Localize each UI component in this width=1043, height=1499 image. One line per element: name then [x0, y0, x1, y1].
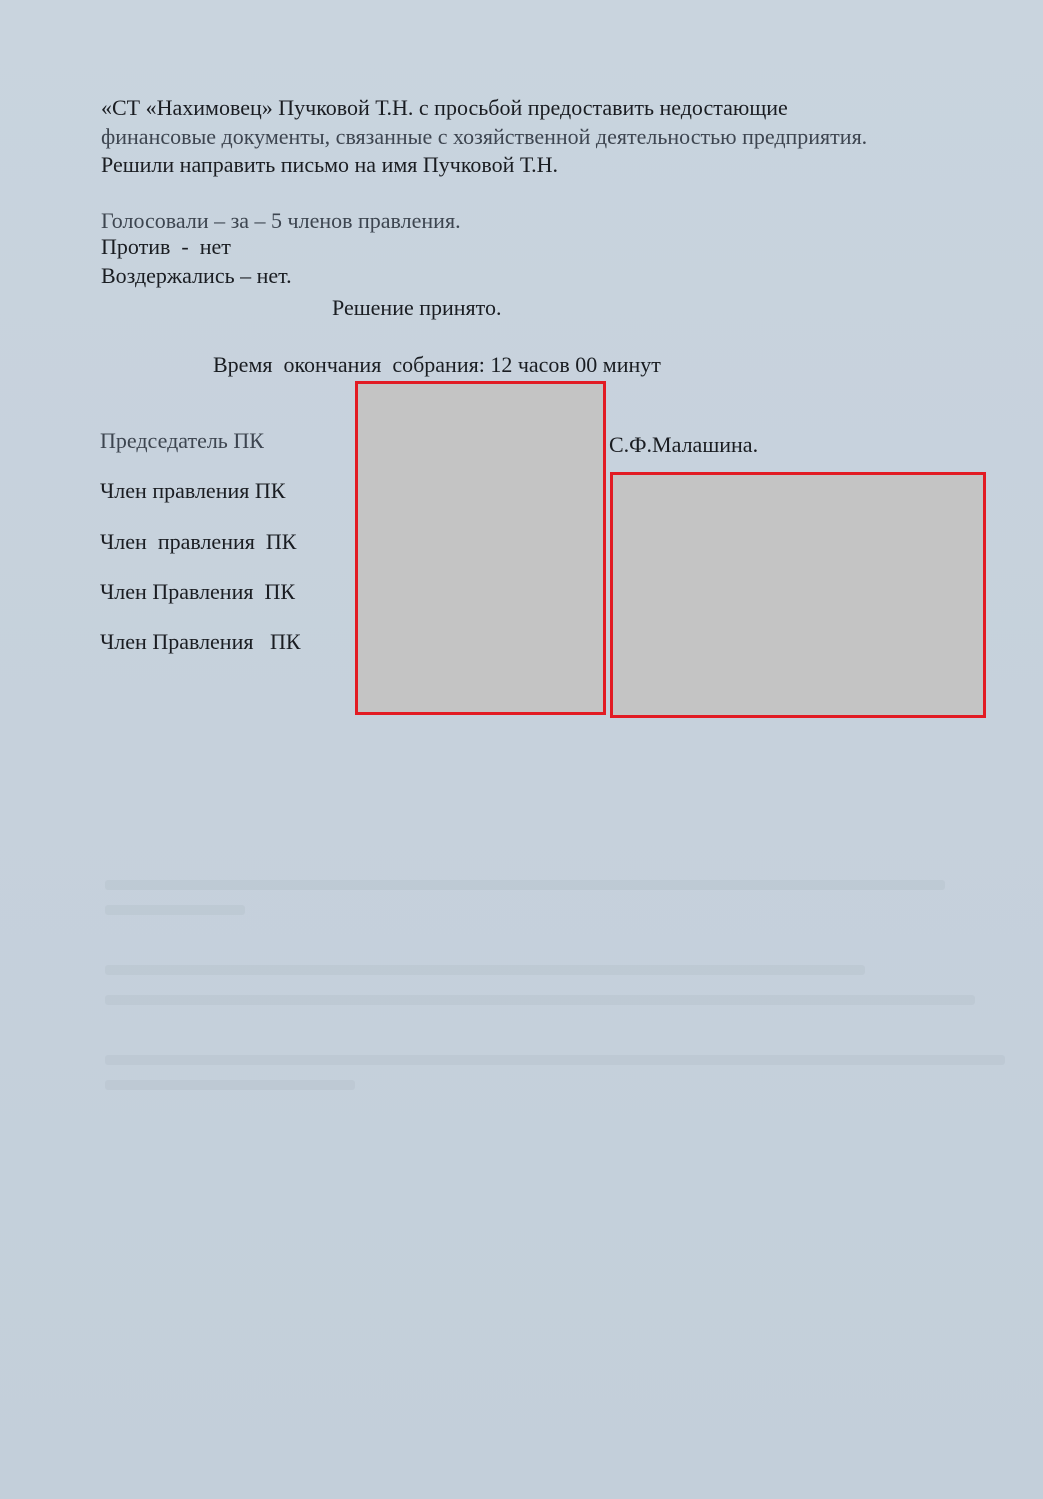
bleed-through-mark	[105, 880, 945, 890]
decision-text: Решение принято.	[332, 297, 502, 319]
signature-role-member-4: Член Правления ПК	[100, 631, 301, 653]
vote-against: Против - нет	[101, 236, 231, 258]
bleed-through-mark	[105, 1080, 355, 1090]
vote-abstained: Воздержались – нет.	[101, 265, 292, 287]
bleed-through-mark	[105, 905, 245, 915]
signature-role-member-3: Член Правления ПК	[100, 581, 295, 603]
redaction-box-names	[610, 472, 986, 718]
bleed-through-mark	[105, 1055, 1005, 1065]
redaction-box-signatures	[355, 381, 606, 715]
vote-for: Голосовали – за – 5 членов правления.	[101, 210, 461, 232]
end-time-text: Время окончания собрания: 12 часов 00 ми…	[213, 354, 661, 376]
paragraph-line-3: Решили направить письмо на имя Пучковой …	[101, 154, 558, 176]
paragraph-line-1: «СТ «Нахимовец» Пучковой Т.Н. с просьбой…	[101, 97, 788, 119]
bleed-through-mark	[105, 965, 865, 975]
bleed-through-mark	[105, 995, 975, 1005]
signature-role-chair: Председатель ПК	[100, 430, 264, 452]
paragraph-line-2: финансовые документы, связанные с хозяйс…	[101, 126, 867, 148]
signature-role-member-2: Член правления ПК	[100, 531, 296, 553]
signature-name-chair: С.Ф.Малашина.	[609, 434, 758, 456]
signature-role-member-1: Член правления ПК	[100, 480, 285, 502]
